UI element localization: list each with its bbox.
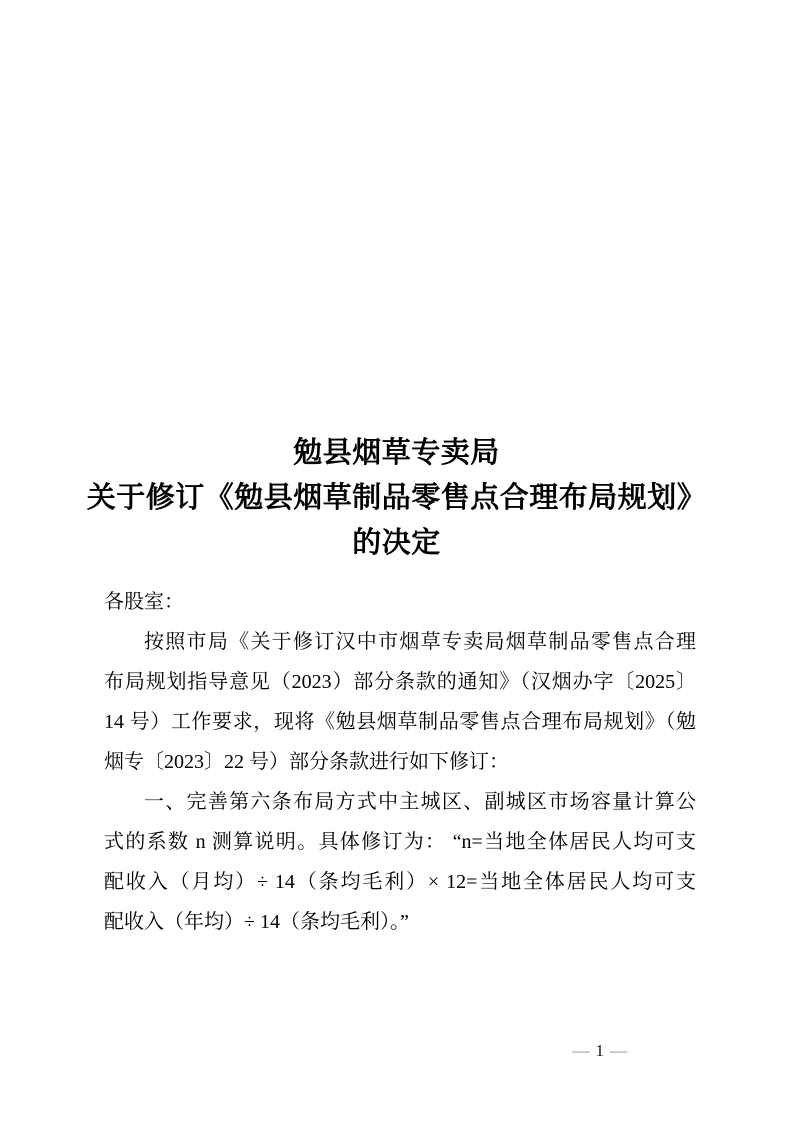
title-line-issuer: 勉县烟草专卖局 [0,431,793,476]
page-number-dash-left: — [573,1041,590,1060]
paragraph-2-line-1: 一、完善第六条布局方式中主城区、副城区市场容量计算公 [104,782,696,822]
title-line-decision: 的决定 [0,521,793,566]
paragraph-2-line-2: 式的系数 n 测算说明。具体修订为： “n=当地全体居民人均可支 [104,822,696,862]
paragraph-1-line-4: 烟专〔2023〕22 号）部分条款进行如下修订： [104,742,696,782]
title-line-subject: 关于修订《勉县烟草制品零售点合理布局规划》 [0,476,793,521]
paragraph-2-line-3: 配收入（月均）÷ 14（条均毛利）× 12=当地全体居民人均可支 [104,862,696,902]
page-number: —1— [573,1042,628,1060]
page-number-value: 1 [596,1041,605,1060]
page-number-dash-right: — [610,1041,627,1060]
document-body: 各股室： 按照市局《关于修订汉中市烟草专卖局烟草制品零售点合理 布局规划指导意见… [104,582,696,942]
salutation: 各股室： [104,582,696,622]
paragraph-1-line-3: 14 号）工作要求，现将《勉县烟草制品零售点合理布局规划》（勉 [104,702,696,742]
document-title: 勉县烟草专卖局 关于修订《勉县烟草制品零售点合理布局规划》 的决定 [0,0,793,566]
paragraph-1-line-2: 布局规划指导意见（2023）部分条款的通知》（汉烟办字〔2025〕 [104,662,696,702]
paragraph-1-line-1: 按照市局《关于修订汉中市烟草专卖局烟草制品零售点合理 [104,622,696,662]
paragraph-2-line-4: 配收入（年均）÷ 14（条均毛利）。” [104,902,696,942]
document-page: 勉县烟草专卖局 关于修订《勉县烟草制品零售点合理布局规划》 的决定 各股室： 按… [0,0,793,1122]
